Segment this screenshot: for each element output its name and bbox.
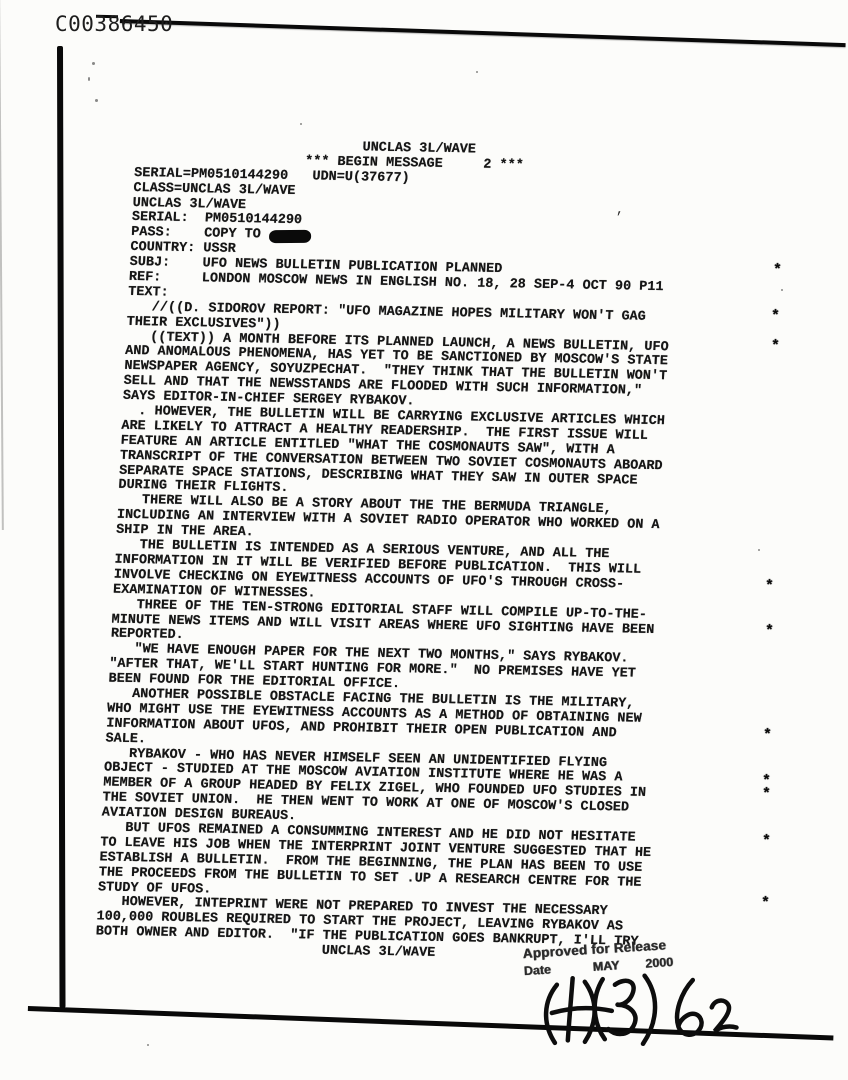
top-border-line bbox=[120, 19, 846, 47]
typed-message: UNCLAS 3L/WAVE *** BEGIN MESSAGE 2 ***SE… bbox=[95, 137, 716, 966]
scan-artifact-comma: , bbox=[616, 202, 624, 217]
right-edge-scan-line bbox=[0, 0, 4, 530]
margin-asterisk: * bbox=[771, 308, 780, 325]
redaction-bar bbox=[269, 230, 311, 243]
margin-asterisk: * bbox=[763, 727, 772, 744]
document-number: C00386450 bbox=[55, 12, 173, 36]
scan-speck bbox=[781, 289, 783, 291]
margin-asterisk: * bbox=[771, 338, 780, 355]
margin-asterisk: * bbox=[765, 578, 774, 595]
margin-asterisk: * bbox=[773, 262, 782, 279]
handwriting-strokes bbox=[527, 968, 748, 1058]
scan-speck bbox=[147, 1044, 149, 1046]
stamp-month: MAY bbox=[592, 958, 619, 974]
handwritten-note bbox=[527, 968, 748, 1063]
scan-speck bbox=[300, 123, 302, 125]
stamp-year: 2000 bbox=[645, 955, 674, 971]
left-border-line bbox=[57, 46, 66, 1008]
scan-speck bbox=[88, 77, 90, 81]
margin-asterisk: * bbox=[762, 786, 771, 803]
scan-speck bbox=[92, 62, 95, 65]
scanned-document-page: { "doc_number": "C00386450", "body": { "… bbox=[0, 0, 848, 1080]
margin-asterisk: * bbox=[761, 895, 770, 912]
margin-asterisk: * bbox=[762, 833, 771, 850]
scan-speck bbox=[476, 71, 478, 73]
scan-speck bbox=[758, 549, 760, 551]
margin-asterisk: * bbox=[765, 623, 774, 640]
scan-speck bbox=[95, 99, 98, 102]
